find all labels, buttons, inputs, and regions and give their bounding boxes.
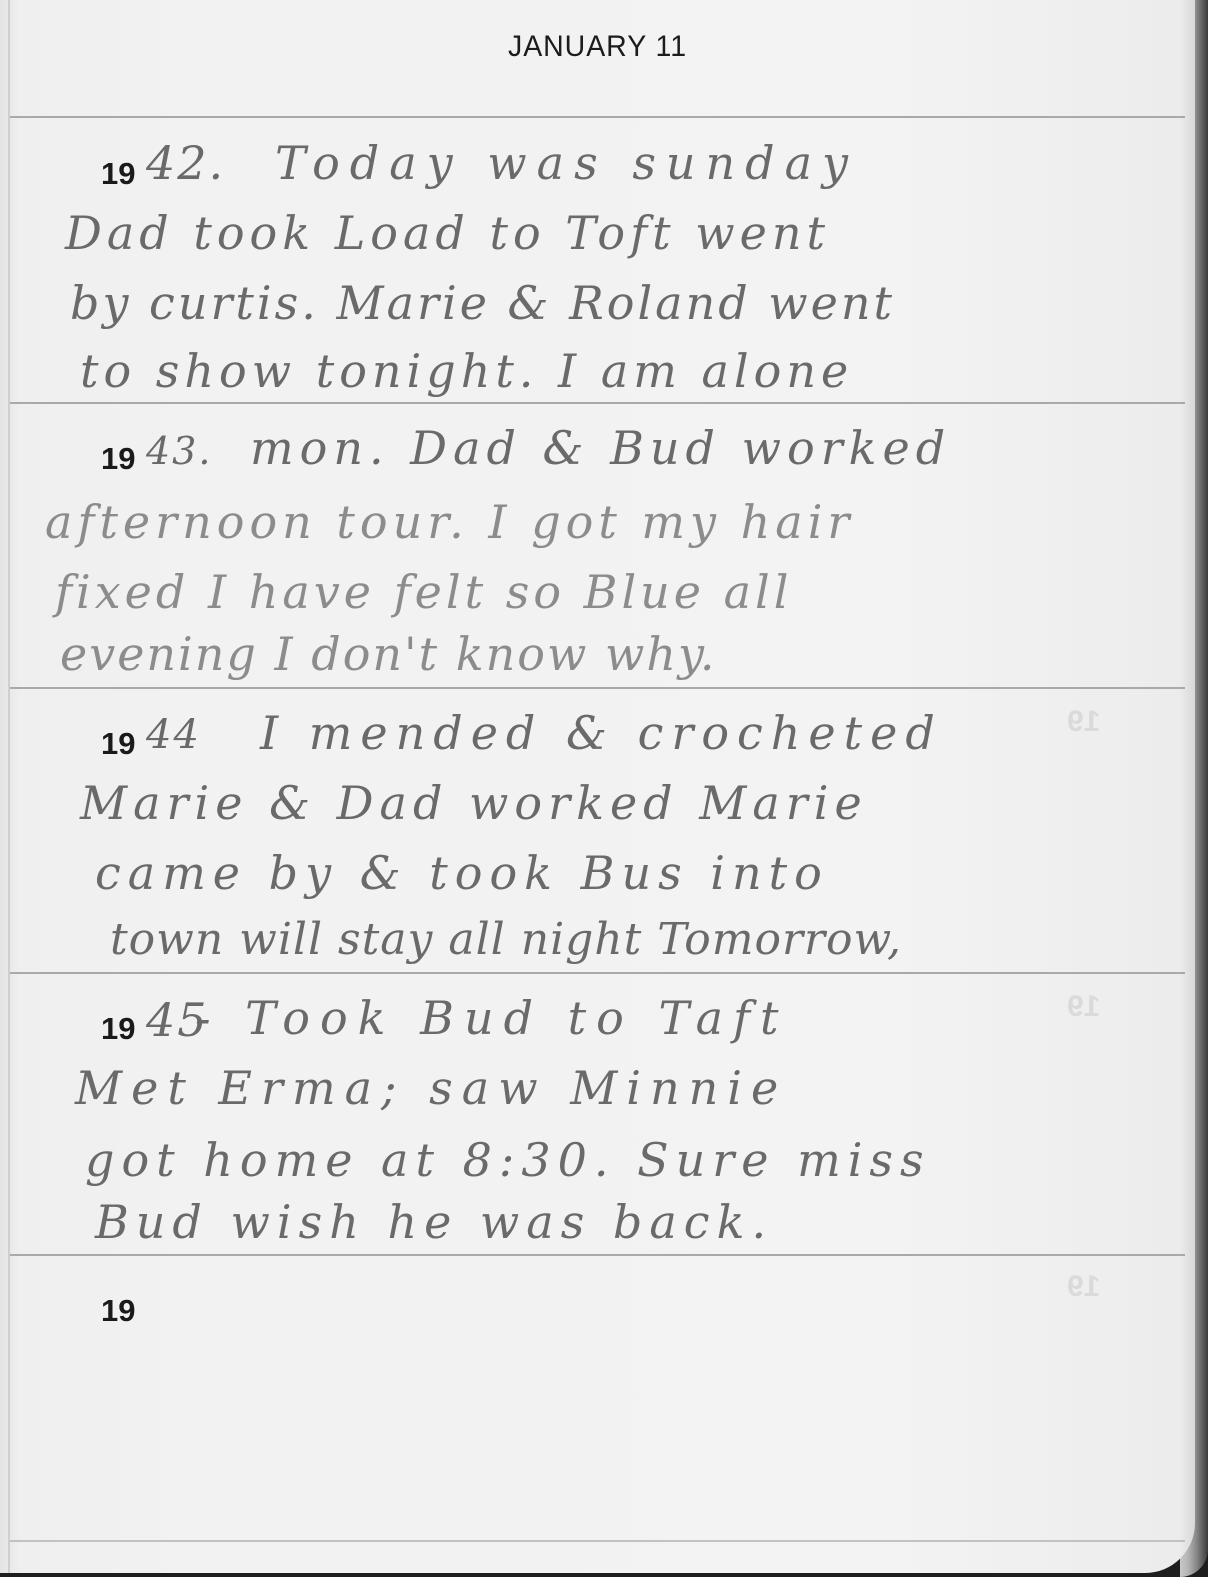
- entry-line: afternoon tour. I got my hair: [45, 495, 854, 549]
- year-prefix: 19: [101, 441, 135, 477]
- diary-entry-1944: 19 44 I mended & crocheted Marie & Dad w…: [0, 700, 1195, 972]
- entry-line: Bud wish he was back.: [95, 1195, 773, 1249]
- entry-line: I mended & crocheted: [260, 706, 943, 760]
- ruled-line: [10, 116, 1185, 118]
- diary-entry-1943: 19 43. mon. Dad & Bud worked afternoon t…: [0, 415, 1195, 687]
- entry-line: Today was sunday: [275, 136, 858, 190]
- diary-entry-empty: 19: [0, 1267, 1195, 1540]
- date-heading: JANUARY 11: [30, 30, 1165, 64]
- entry-line: Dad took Load to Toft went: [65, 206, 830, 260]
- diary-entry-1945: 19 45 - Took Bud to Taft Met Erma; saw M…: [0, 985, 1195, 1255]
- year-prefix: 19: [101, 1011, 135, 1047]
- ruled-line: [10, 972, 1185, 974]
- ruled-line: [10, 687, 1185, 689]
- year-suffix: 43.: [146, 429, 212, 473]
- year-prefix: 19: [101, 156, 135, 192]
- entry-line: town will stay all night Tomorrow,: [110, 914, 902, 965]
- entry-line: mon. Dad & Bud worked: [250, 421, 951, 475]
- year-prefix: 19: [101, 726, 135, 762]
- year-prefix: 19: [101, 1293, 135, 1329]
- entry-line: evening I don't know why.: [60, 627, 716, 681]
- ruled-line: [10, 1540, 1185, 1542]
- entry-line: to show tonight. I am alone: [80, 344, 853, 398]
- entry-line: by curtis. Marie & Roland went: [70, 276, 895, 330]
- entry-line: got home at 8:30. Sure miss: [85, 1133, 931, 1187]
- year-suffix: 42.: [146, 136, 225, 190]
- entry-line: Met Erma; saw Minnie: [75, 1061, 787, 1115]
- year-suffix: 44: [146, 712, 201, 758]
- diary-entry-1942: 19 42. Today was sunday Dad took Load to…: [0, 130, 1195, 402]
- entry-line: came by & took Bus into: [95, 846, 829, 900]
- ruled-line: [10, 402, 1185, 404]
- entry-line: - Took Bud to Taft: [195, 991, 789, 1045]
- diary-page: JANUARY 11 19 19 19 19 42. Today was sun…: [0, 0, 1195, 1573]
- entry-line: Marie & Dad worked Marie: [80, 776, 868, 830]
- entry-line: fixed I have felt so Blue all: [55, 565, 792, 619]
